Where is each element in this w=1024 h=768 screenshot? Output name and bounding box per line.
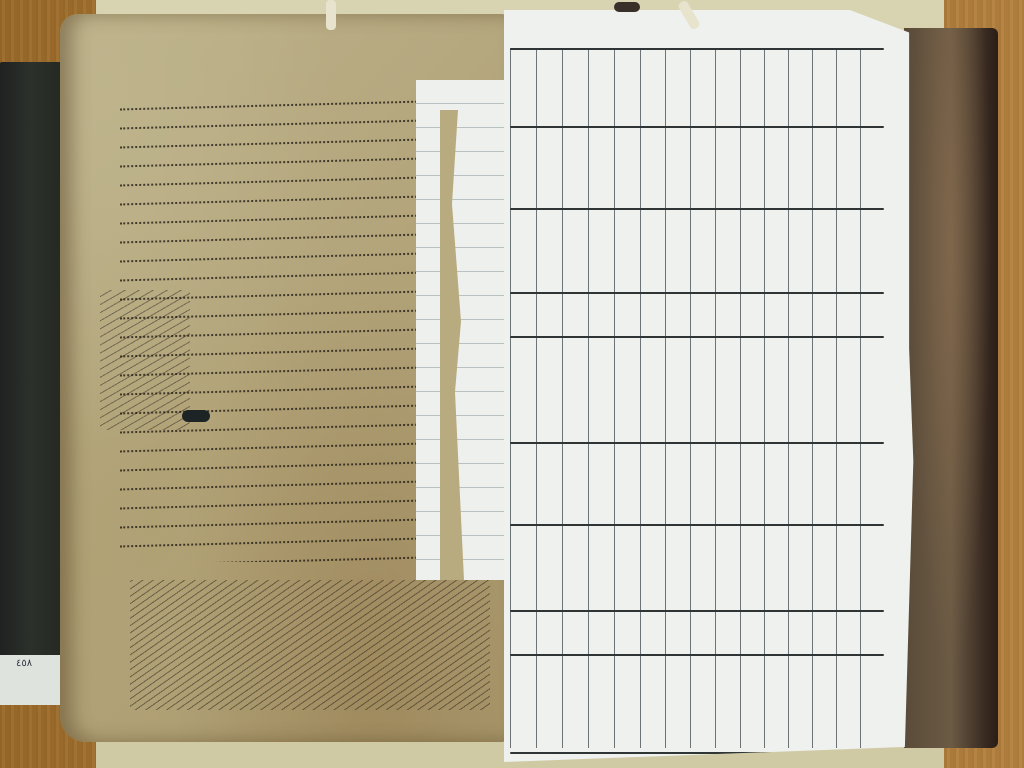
clip-knob	[614, 2, 640, 12]
catalog-slip-label: ٤٥٨	[16, 658, 32, 669]
book-cover-right	[904, 28, 998, 748]
ruled-paper-strip	[416, 80, 508, 580]
marginal-notes-bottom	[130, 580, 490, 710]
ruled-grid-page	[504, 10, 926, 762]
page-clip	[326, 0, 336, 30]
marginal-notes-left	[100, 290, 190, 430]
ink-blot	[182, 410, 210, 422]
